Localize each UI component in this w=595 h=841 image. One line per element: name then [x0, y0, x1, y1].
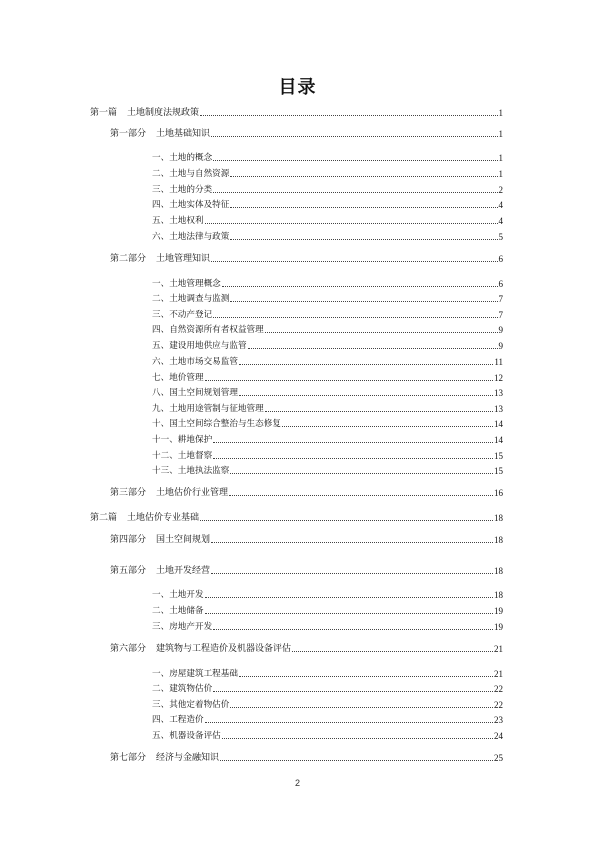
dot-leader [222, 286, 498, 287]
toc-item-entry[interactable]: 五、建设用地供应与监管9 [152, 338, 503, 352]
toc-entry-page-number: 6 [499, 253, 504, 265]
toc-entry-title: 二、土地与自然资源 [152, 168, 229, 180]
toc-entry-page-number: 4 [499, 215, 504, 227]
toc-entry-title: 三、土地的分类 [152, 184, 212, 196]
toc-entry-page-number: 19 [494, 605, 503, 617]
toc-item-entry[interactable]: 八、国土空间规划管理13 [152, 385, 503, 399]
toc-entry-prefix: 第二篇 [90, 512, 117, 524]
toc-entry-page-number: 1 [499, 107, 504, 119]
toc-entry-page-number: 12 [494, 372, 503, 384]
dot-leader [239, 364, 493, 365]
toc-section-entry[interactable]: 第四部分国土空间规划18 [110, 532, 503, 546]
toc-item-entry[interactable]: 五、机器设备评估24 [152, 728, 503, 742]
toc-item-entry[interactable]: 四、工程造价23 [152, 712, 503, 726]
toc-entry-title: 六、土地法律与政策 [152, 231, 229, 243]
toc-item-entry[interactable]: 十一、耕地保护14 [152, 432, 503, 446]
toc-section-entry[interactable]: 第六部分建筑物与工程造价及机器设备评估21 [110, 641, 503, 655]
dot-leader [230, 707, 493, 708]
toc-item-entry[interactable]: 五、土地权利4 [152, 213, 503, 227]
dot-leader [213, 629, 493, 630]
toc-entry-title: 土地管理知识 [156, 253, 210, 265]
toc-entry-title: 十二、土地督察 [152, 450, 212, 462]
toc-entry-title: 五、建设用地供应与监管 [152, 340, 247, 352]
dot-leader [239, 395, 493, 396]
toc-item-entry[interactable]: 三、不动产登记7 [152, 307, 503, 321]
dot-leader [220, 760, 493, 761]
toc-entry-page-number: 1 [499, 168, 504, 180]
dot-leader [248, 348, 498, 349]
toc-entry-page-number: 4 [499, 199, 504, 211]
dot-leader [211, 542, 493, 543]
dot-leader [292, 651, 493, 652]
toc-item-entry[interactable]: 一、土地的概念1 [152, 150, 503, 164]
toc-entry-title: 土地开发经营 [156, 565, 210, 577]
toc-entry-title: 土地估价行业管理 [156, 487, 228, 499]
toc-entry-page-number: 14 [494, 418, 503, 430]
dot-leader [205, 722, 493, 723]
toc-part-entry[interactable]: 第二篇土地估价专业基础18 [90, 510, 503, 524]
toc-item-entry[interactable]: 四、自然资源所有者权益管理9 [152, 322, 503, 336]
toc-entry-title: 建筑物与工程造价及机器设备评估 [156, 643, 291, 655]
dot-leader [211, 136, 497, 137]
toc-part-entry[interactable]: 第一篇土地制度法规政策1 [90, 105, 503, 119]
toc-item-entry[interactable]: 一、土地开发18 [152, 587, 503, 601]
toc-entry-page-number: 15 [494, 465, 503, 477]
toc-entry-page-number: 18 [494, 512, 503, 524]
toc-entry-page-number: 11 [494, 356, 503, 368]
toc-entry-title: 一、房屋建筑工程基础 [152, 668, 238, 680]
toc-entry-title: 六、土地市场交易监管 [152, 356, 238, 368]
toc-item-entry[interactable]: 四、土地实体及特征4 [152, 197, 503, 211]
toc-entry-title: 一、土地开发 [152, 589, 204, 601]
toc-entry-title: 四、自然资源所有者权益管理 [152, 324, 264, 336]
toc-entry-page-number: 25 [494, 752, 503, 764]
toc-entry-title: 国土空间规划 [156, 534, 210, 546]
toc-entry-page-number: 22 [494, 699, 503, 711]
toc-entry-title: 一、土地管理概念 [152, 278, 221, 290]
dot-leader [230, 239, 497, 240]
dot-leader [205, 597, 493, 598]
dot-leader [213, 691, 493, 692]
toc-item-entry[interactable]: 三、其他定着物估价22 [152, 697, 503, 711]
toc-entry-page-number: 22 [494, 683, 503, 695]
dot-leader [230, 207, 497, 208]
toc-item-entry[interactable]: 二、土地与自然资源1 [152, 166, 503, 180]
toc-entry-page-number: 16 [494, 487, 503, 499]
toc-entry-prefix: 第三部分 [110, 487, 146, 499]
toc-section-entry[interactable]: 第二部分土地管理知识6 [110, 251, 503, 265]
toc-section-entry[interactable]: 第一部分土地基础知识1 [110, 126, 503, 140]
toc-entry-page-number: 18 [494, 534, 503, 546]
toc-entry-title: 十三、土地执法监察 [152, 465, 229, 477]
toc-entry-prefix: 第七部分 [110, 752, 146, 764]
toc-entry-page-number: 19 [494, 621, 503, 633]
toc-item-entry[interactable]: 十、国土空间综合整治与生态修复14 [152, 416, 503, 430]
toc-entry-title: 四、土地实体及特征 [152, 199, 229, 211]
dot-leader [205, 380, 493, 381]
toc-item-entry[interactable]: 三、土地的分类2 [152, 182, 503, 196]
toc-entry-page-number: 9 [499, 340, 504, 352]
toc-item-entry[interactable]: 十二、土地督察15 [152, 448, 503, 462]
toc-entry-page-number: 23 [494, 714, 503, 726]
toc-entry-page-number: 21 [494, 643, 503, 655]
toc-entry-title: 二、建筑物估价 [152, 683, 212, 695]
dot-leader [229, 495, 493, 496]
toc-entry-page-number: 21 [494, 668, 503, 680]
toc-entry-page-number: 15 [494, 450, 503, 462]
toc-item-entry[interactable]: 六、土地市场交易监管11 [152, 354, 503, 368]
toc-entry-page-number: 24 [494, 730, 503, 742]
toc-entry-title: 三、其他定着物估价 [152, 699, 229, 711]
dot-leader [265, 332, 498, 333]
toc-entry-page-number: 9 [499, 324, 504, 336]
dot-leader [265, 411, 493, 412]
toc-item-entry[interactable]: 二、土地调查与监测7 [152, 291, 503, 305]
toc-section-entry[interactable]: 第五部分土地开发经营18 [110, 563, 503, 577]
toc-entry-page-number: 18 [494, 565, 503, 577]
dot-leader [213, 192, 497, 193]
toc-entry-title: 五、机器设备评估 [152, 730, 221, 742]
toc-entry-title: 二、土地储备 [152, 605, 204, 617]
dot-leader [213, 458, 493, 459]
toc-entry-page-number: 5 [499, 231, 504, 243]
toc-entry-page-number: 13 [494, 403, 503, 415]
toc-entry-title: 土地估价专业基础 [127, 512, 199, 524]
toc-item-entry[interactable]: 一、房屋建筑工程基础21 [152, 666, 503, 680]
dot-leader [213, 160, 497, 161]
toc-entry-prefix: 第六部分 [110, 643, 146, 655]
dot-leader [205, 613, 493, 614]
toc-item-entry[interactable]: 七、地价管理12 [152, 370, 503, 384]
toc-item-entry[interactable]: 九、土地用途管制与征地管理13 [152, 401, 503, 415]
toc-entry-title: 八、国土空间规划管理 [152, 387, 238, 399]
toc-entry-prefix: 第四部分 [110, 534, 146, 546]
dot-leader [211, 261, 497, 262]
dot-leader [211, 573, 493, 574]
toc-entry-title: 十、国土空间综合整治与生态修复 [152, 418, 281, 430]
toc-item-entry[interactable]: 一、土地管理概念6 [152, 276, 503, 290]
toc-item-entry[interactable]: 三、房地产开发19 [152, 619, 503, 633]
toc-entry-prefix: 第一篇 [90, 107, 117, 119]
dot-leader [230, 176, 497, 177]
toc-entry-title: 五、土地权利 [152, 215, 204, 227]
toc-entry-title: 土地制度法规政策 [127, 107, 199, 119]
toc-entry-page-number: 7 [499, 293, 504, 305]
toc-entry-page-number: 18 [494, 589, 503, 601]
dot-leader [200, 520, 493, 521]
toc-entry-prefix: 第二部分 [110, 253, 146, 265]
toc-section-entry[interactable]: 第七部分经济与金融知识25 [110, 750, 503, 764]
toc-item-entry[interactable]: 六、土地法律与政策5 [152, 229, 503, 243]
toc-entry-title: 二、土地调查与监测 [152, 293, 229, 305]
toc-entry-title: 四、工程造价 [152, 714, 204, 726]
dot-leader [213, 317, 497, 318]
toc-entry-title: 经济与金融知识 [156, 752, 219, 764]
toc-entry-prefix: 第五部分 [110, 565, 146, 577]
dot-leader [230, 301, 497, 302]
toc-entry-page-number: 7 [499, 309, 504, 321]
toc-entry-title: 土地基础知识 [156, 128, 210, 140]
toc-item-entry[interactable]: 二、土地储备19 [152, 603, 503, 617]
toc-item-entry[interactable]: 二、建筑物估价22 [152, 681, 503, 695]
dot-leader [222, 738, 493, 739]
toc-entry-prefix: 第一部分 [110, 128, 146, 140]
page-number: 2 [0, 778, 595, 788]
toc-entry-page-number: 6 [499, 278, 504, 290]
dot-leader [239, 676, 493, 677]
dot-leader [200, 115, 497, 116]
dot-leader [230, 473, 493, 474]
toc-entry-title: 七、地价管理 [152, 372, 204, 384]
toc-entry-page-number: 2 [499, 184, 504, 196]
toc-entry-page-number: 14 [494, 434, 503, 446]
toc-entry-title: 九、土地用途管制与征地管理 [152, 403, 264, 415]
page-title: 目录 [0, 77, 595, 99]
toc-entry-title: 一、土地的概念 [152, 152, 212, 164]
dot-leader [282, 426, 493, 427]
toc-entry-title: 三、房地产开发 [152, 621, 212, 633]
toc-entry-page-number: 13 [494, 387, 503, 399]
toc-entry-page-number: 1 [499, 128, 504, 140]
toc-entry-title: 三、不动产登记 [152, 309, 212, 321]
toc-entry-page-number: 1 [499, 152, 504, 164]
toc-item-entry[interactable]: 十三、土地执法监察15 [152, 463, 503, 477]
dot-leader [213, 442, 493, 443]
toc-section-entry[interactable]: 第三部分土地估价行业管理16 [110, 485, 503, 499]
dot-leader [205, 223, 498, 224]
toc-entry-title: 十一、耕地保护 [152, 434, 212, 446]
